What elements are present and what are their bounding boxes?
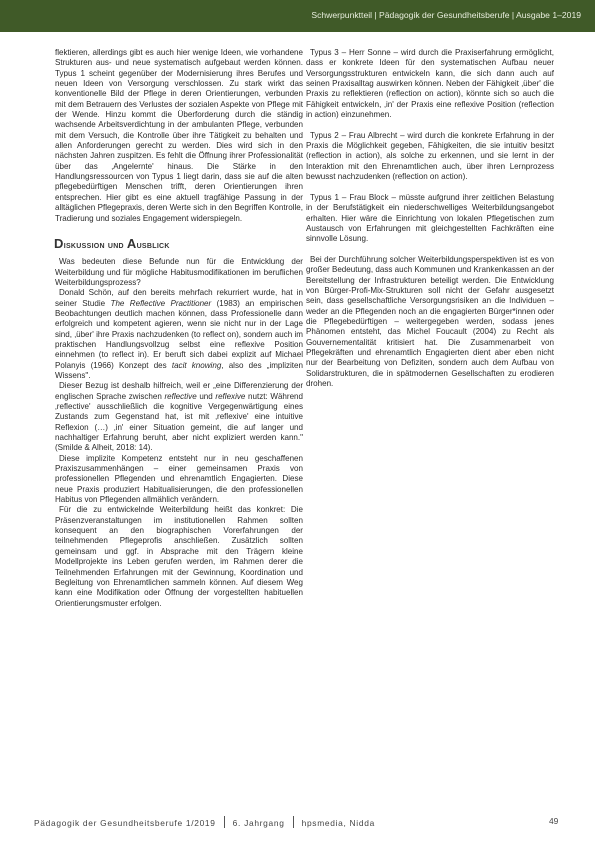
left-column: flektieren, allerdings gibt es auch hier…: [55, 48, 303, 609]
footer-journal: Pädagogik der Gesundheitsberufe 1/2019: [34, 818, 216, 828]
paragraph-implicit-competence: Diese implizite Kompetenz entsteht nur i…: [55, 454, 303, 506]
footer-divider: [293, 816, 294, 828]
term-reflexive: reflexive: [215, 392, 245, 401]
paragraph-question: Was bedeuten diese Befunde nun für die E…: [55, 257, 303, 288]
running-header-title: Schwerpunktteil | Pädagogik der Gesundhe…: [311, 10, 581, 20]
paragraph-typus1-continued: flektieren, allerdings gibt es auch hier…: [55, 48, 303, 224]
footer-publisher: hpsmedia, Nidda: [302, 818, 375, 828]
paragraph-durchfuehrung: Bei der Durchführung solcher Weiterbildu…: [306, 255, 554, 389]
paragraph-schoen: Donald Schön, auf den bereits mehrfach r…: [55, 288, 303, 381]
section-heading-diskussion-ausblick: Diskussion und Ausblick: [54, 239, 303, 251]
term-reflective: reflective: [164, 392, 196, 401]
footer-volume: 6. Jahrgang: [233, 818, 285, 828]
right-column: Typus 3 – Herr Sonne – wird durch die Pr…: [306, 48, 554, 389]
footer-divider: [224, 816, 225, 828]
page-footer: Pädagogik der Gesundheitsberufe 1/20196.…: [34, 816, 534, 828]
paragraph-weiterbildung: Für die zu entwickelnde Weiterbildung he…: [55, 505, 303, 608]
paragraph-typus3: Typus 3 – Herr Sonne – wird durch die Pr…: [306, 48, 554, 120]
term-tacit-knowing: tacit knowing: [172, 361, 221, 370]
page-number: 49: [549, 816, 558, 826]
running-header-bar: Schwerpunktteil | Pädagogik der Gesundhe…: [0, 0, 595, 32]
paragraph-typus1: Typus 1 – Frau Block – müsste aufgrund i…: [306, 193, 554, 245]
paragraph-typus2: Typus 2 – Frau Albrecht – wird durch die…: [306, 131, 554, 183]
paragraph-reflective-reflexive: Dieser Bezug ist deshalb hilfreich, weil…: [55, 381, 303, 453]
book-title: The Reflective Practitioner: [111, 299, 212, 308]
